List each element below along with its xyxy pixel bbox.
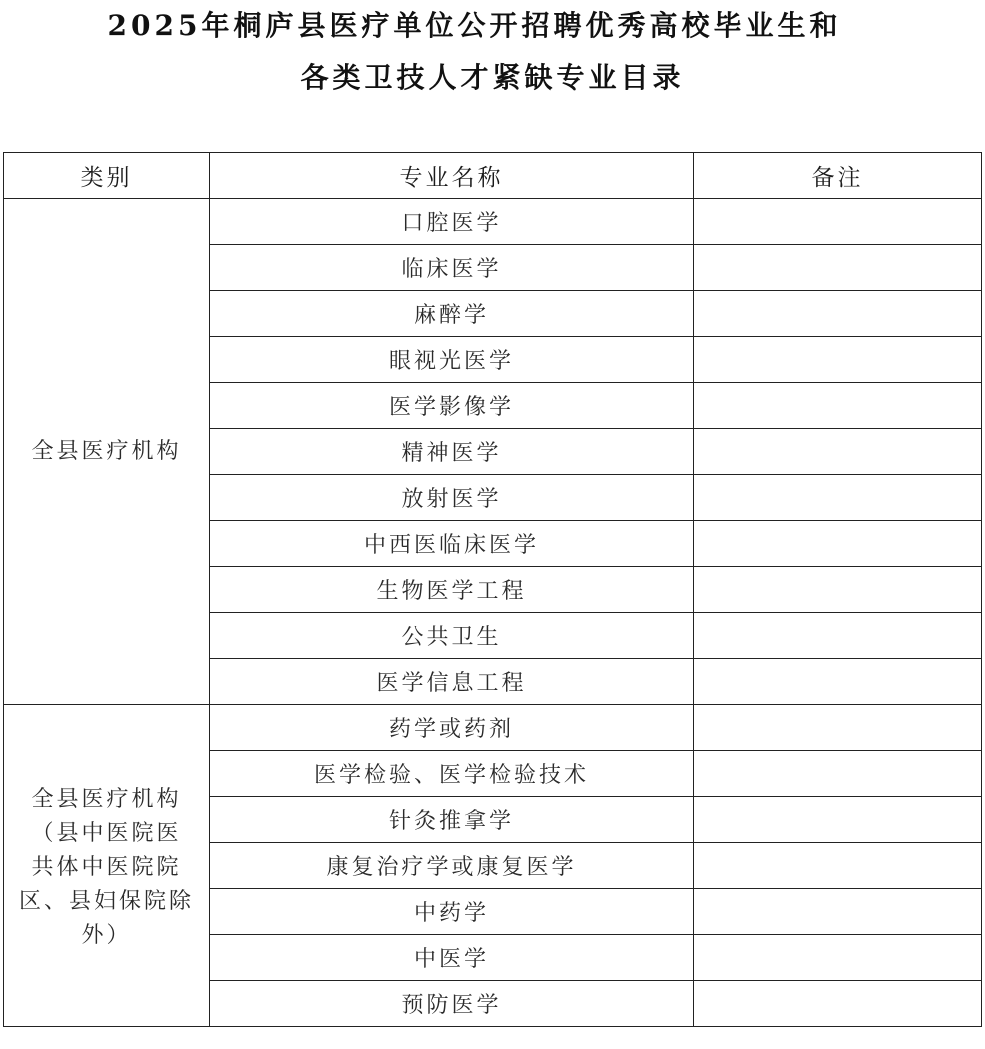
header-major: 专业名称 (210, 153, 694, 199)
note-cell (694, 659, 982, 705)
major-cell: 医学检验、医学检验技术 (210, 751, 694, 797)
major-cell: 口腔医学 (210, 199, 694, 245)
note-cell (694, 935, 982, 981)
note-cell (694, 337, 982, 383)
document-title-line-2: 各类卫技人才紧缺专业目录 (0, 56, 985, 96)
category-cell-county-medical-institutions: 全县医疗机构 (4, 199, 210, 705)
note-cell (694, 797, 982, 843)
table-header-row: 类别 专业名称 备注 (4, 153, 982, 199)
note-cell (694, 383, 982, 429)
table-row: 全县医疗机构 口腔医学 (4, 199, 982, 245)
note-cell (694, 751, 982, 797)
major-catalog-table: 类别 专业名称 备注 全县医疗机构 口腔医学 临床医学 麻醉学 眼视光医学 医学… (3, 152, 982, 1027)
major-cell: 中药学 (210, 889, 694, 935)
note-cell (694, 981, 982, 1027)
major-cell: 临床医学 (210, 245, 694, 291)
note-cell (694, 521, 982, 567)
major-cell: 预防医学 (210, 981, 694, 1027)
major-cell: 药学或药剂 (210, 705, 694, 751)
note-cell (694, 613, 982, 659)
category-line: 外） (4, 919, 209, 953)
major-cell: 中医学 (210, 935, 694, 981)
major-cell: 眼视光医学 (210, 337, 694, 383)
document-title-line-1: 2025年桐庐县医疗单位公开招聘优秀高校毕业生和 (0, 4, 967, 44)
header-category: 类别 (4, 153, 210, 199)
note-cell (694, 843, 982, 889)
note-cell (694, 567, 982, 613)
category-cell-county-medical-institutions-with-exclusions: 全县医疗机构 （县中医院医 共体中医院院 区、县妇保院除 外） (4, 705, 210, 1027)
note-cell (694, 199, 982, 245)
major-cell: 医学影像学 (210, 383, 694, 429)
major-cell: 生物医学工程 (210, 567, 694, 613)
note-cell (694, 245, 982, 291)
table-row: 全县医疗机构 （县中医院医 共体中医院院 区、县妇保院除 外） 药学或药剂 (4, 705, 982, 751)
major-cell: 精神医学 (210, 429, 694, 475)
major-cell: 医学信息工程 (210, 659, 694, 705)
note-cell (694, 475, 982, 521)
header-note: 备注 (694, 153, 982, 199)
major-cell: 麻醉学 (210, 291, 694, 337)
major-cell: 公共卫生 (210, 613, 694, 659)
major-cell: 中西医临床医学 (210, 521, 694, 567)
note-cell (694, 429, 982, 475)
note-cell (694, 889, 982, 935)
category-line: 共体中医院院 (4, 851, 209, 885)
note-cell (694, 291, 982, 337)
category-line: 全县医疗机构 (4, 783, 209, 817)
major-cell: 康复治疗学或康复医学 (210, 843, 694, 889)
note-cell (694, 705, 982, 751)
category-line: 区、县妇保院除 (4, 885, 209, 919)
major-cell: 针灸推拿学 (210, 797, 694, 843)
category-line: （县中医院医 (4, 817, 209, 851)
major-cell: 放射医学 (210, 475, 694, 521)
